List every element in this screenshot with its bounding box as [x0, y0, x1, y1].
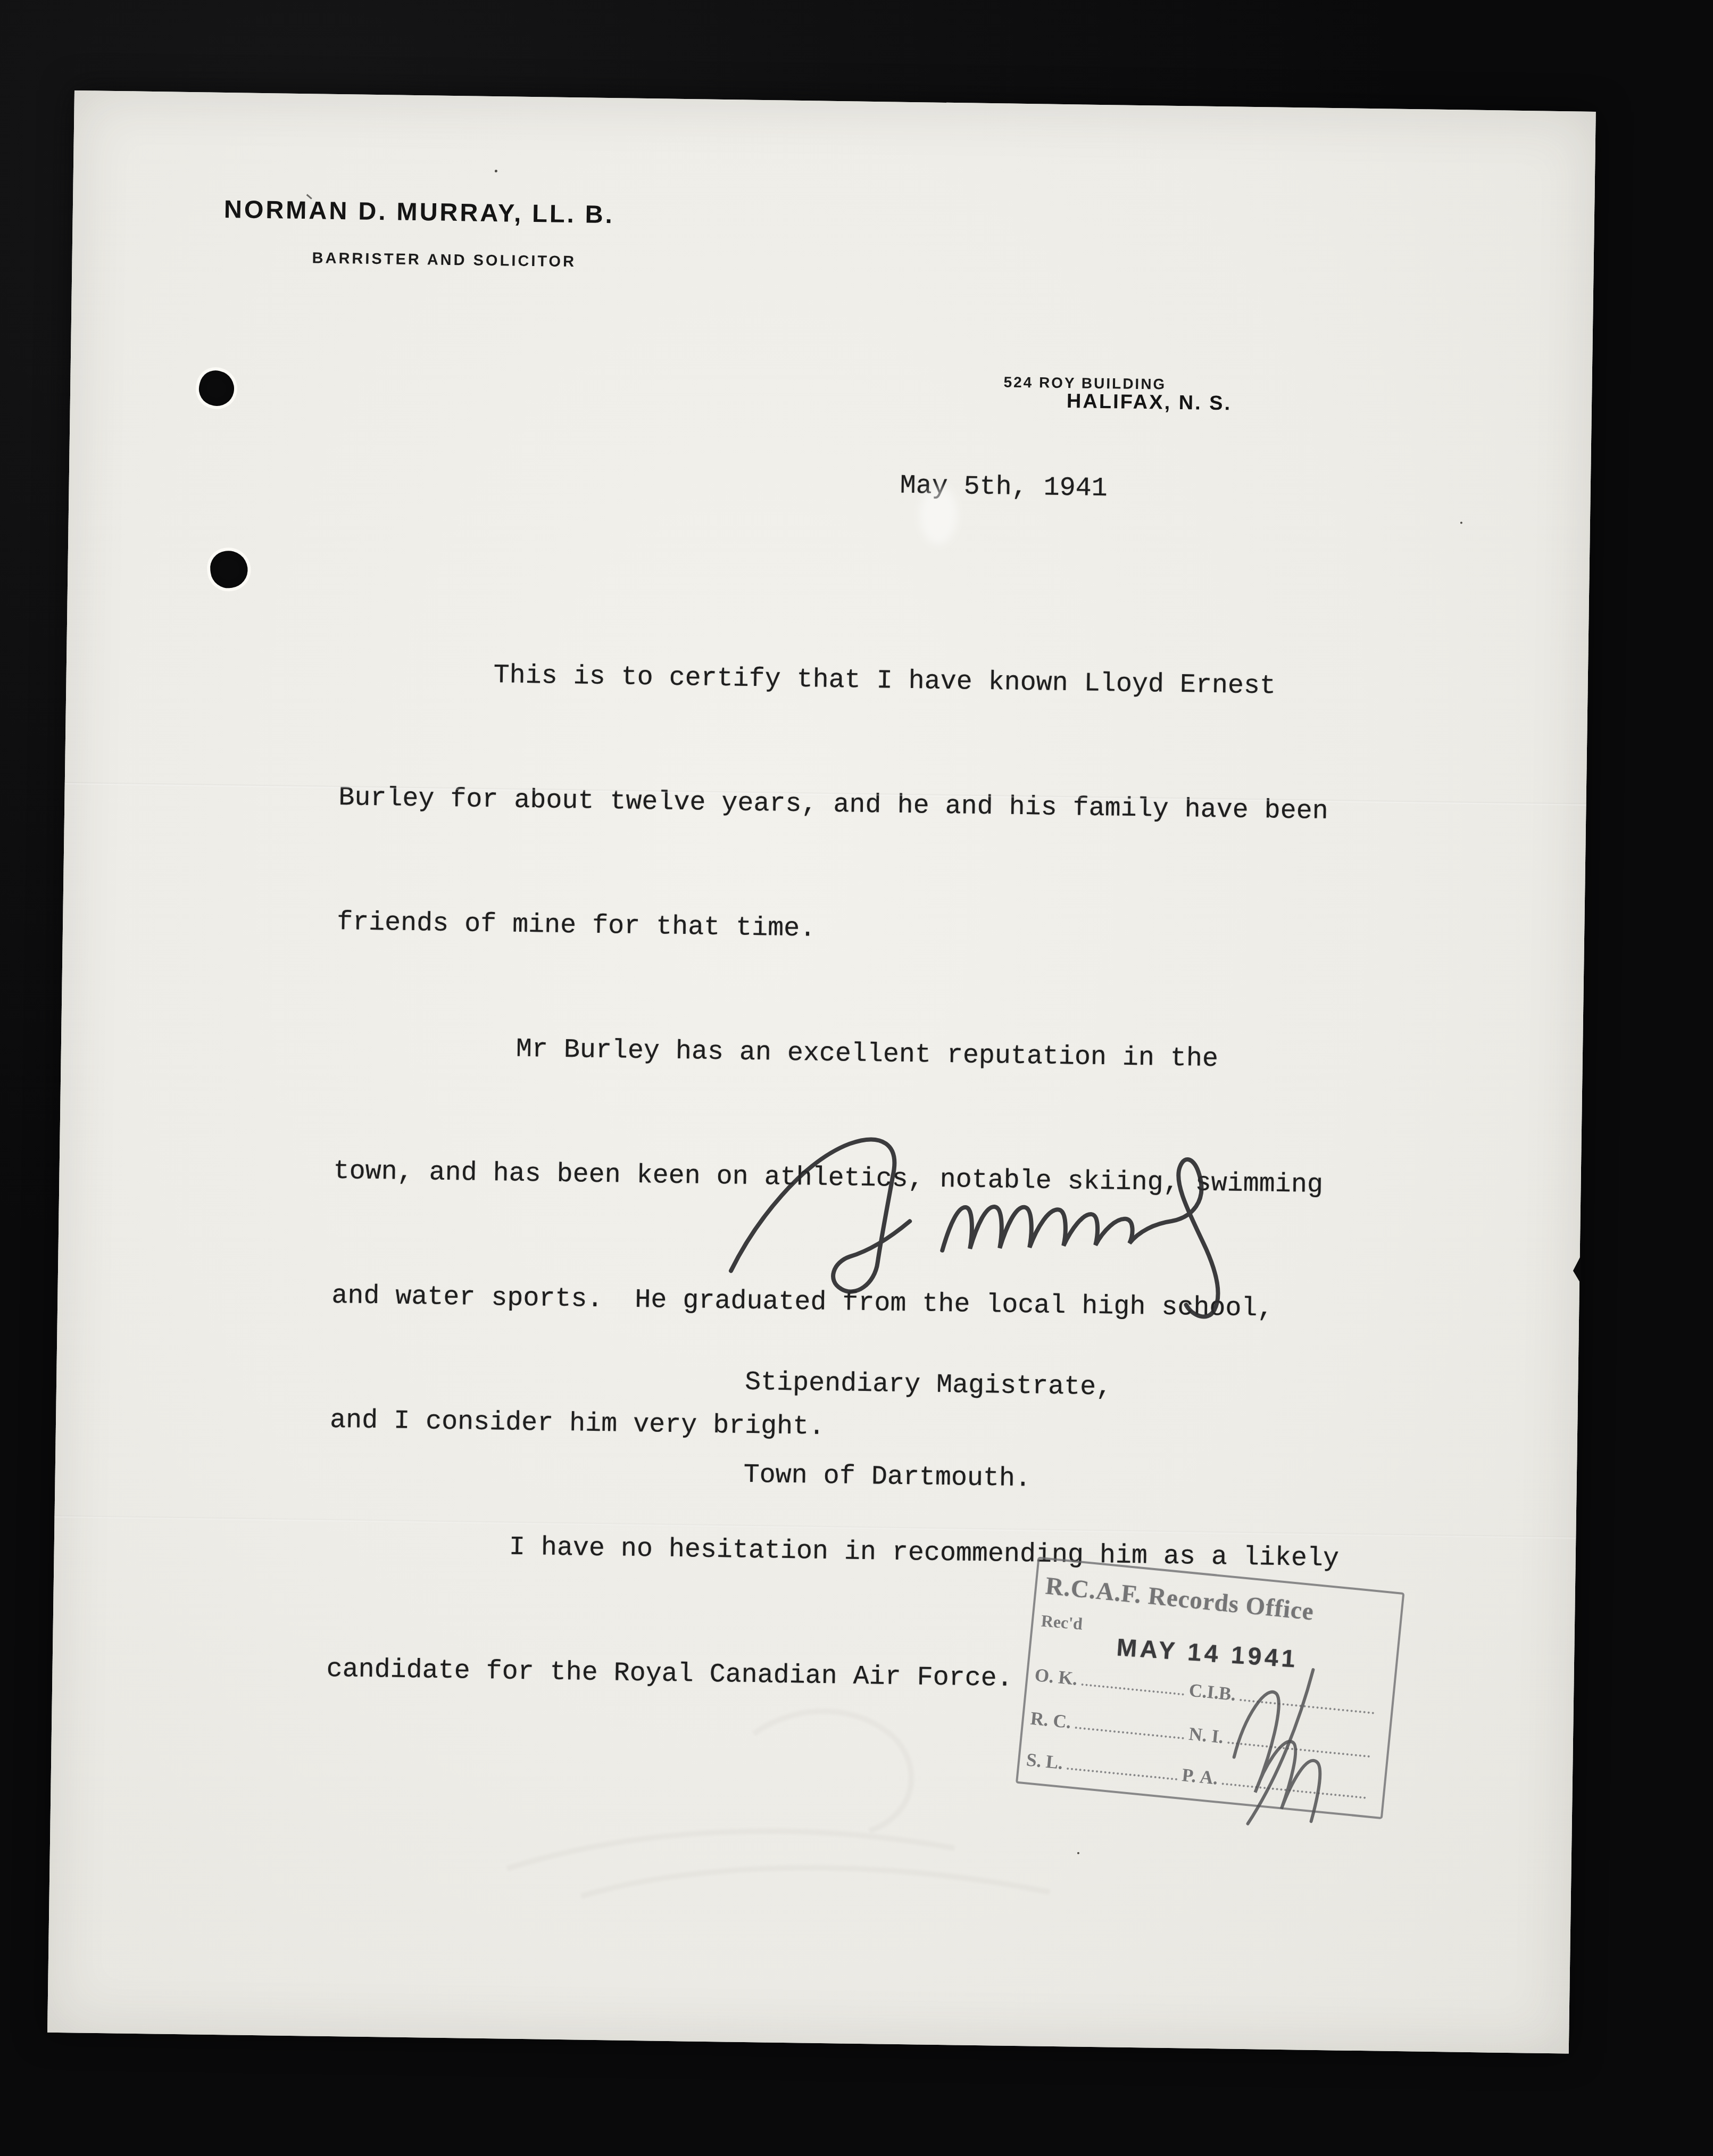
- letter-line: Burley for about twelve years, and he an…: [338, 766, 1350, 844]
- signature-block: Stipendiary Magistrate, Town of Dartmout…: [743, 1306, 1113, 1558]
- punch-hole-top: [196, 367, 238, 409]
- punch-hole-bottom: [208, 549, 250, 590]
- stamp-office-line: R.C.A.F. Records Office: [1044, 1571, 1316, 1626]
- paper-blemish: [919, 485, 958, 544]
- paper-speck: [495, 170, 497, 172]
- letter-line: This is to certify that I have known Llo…: [340, 642, 1352, 720]
- paper-edge-nick: [1572, 1256, 1581, 1283]
- letterhead-title: BARRISTER AND SOLICITOR: [312, 250, 576, 271]
- bleedthrough-smudge: [475, 1666, 1138, 1930]
- stamp-received-label: Rec'd: [1041, 1611, 1084, 1633]
- letterhead-address-city: HALIFAX, N. S.: [1067, 390, 1232, 415]
- letter-line: Mr Burley has an excellent reputation in…: [335, 1015, 1346, 1093]
- signoff-town: Town of Dartmouth.: [743, 1460, 1111, 1496]
- letterhead-name: NORMAN D. MURRAY, LL. B.: [224, 194, 615, 229]
- stamp-initials-scrawl: [1206, 1652, 1350, 1839]
- signoff-title: Stipendiary Magistrate,: [745, 1367, 1112, 1404]
- paper-speck: [1460, 521, 1462, 524]
- scanned-letter-photo: { "letterhead": { "name": "NORMAN D. MUR…: [0, 0, 1713, 2156]
- paper-speck: [1077, 1852, 1079, 1854]
- signature-scrawl: [717, 1119, 1322, 1334]
- letter-page: NORMAN D. MURRAY, LL. B. BARRISTER AND S…: [47, 90, 1596, 2054]
- letter-line: friends of mine for that time.: [336, 891, 1348, 969]
